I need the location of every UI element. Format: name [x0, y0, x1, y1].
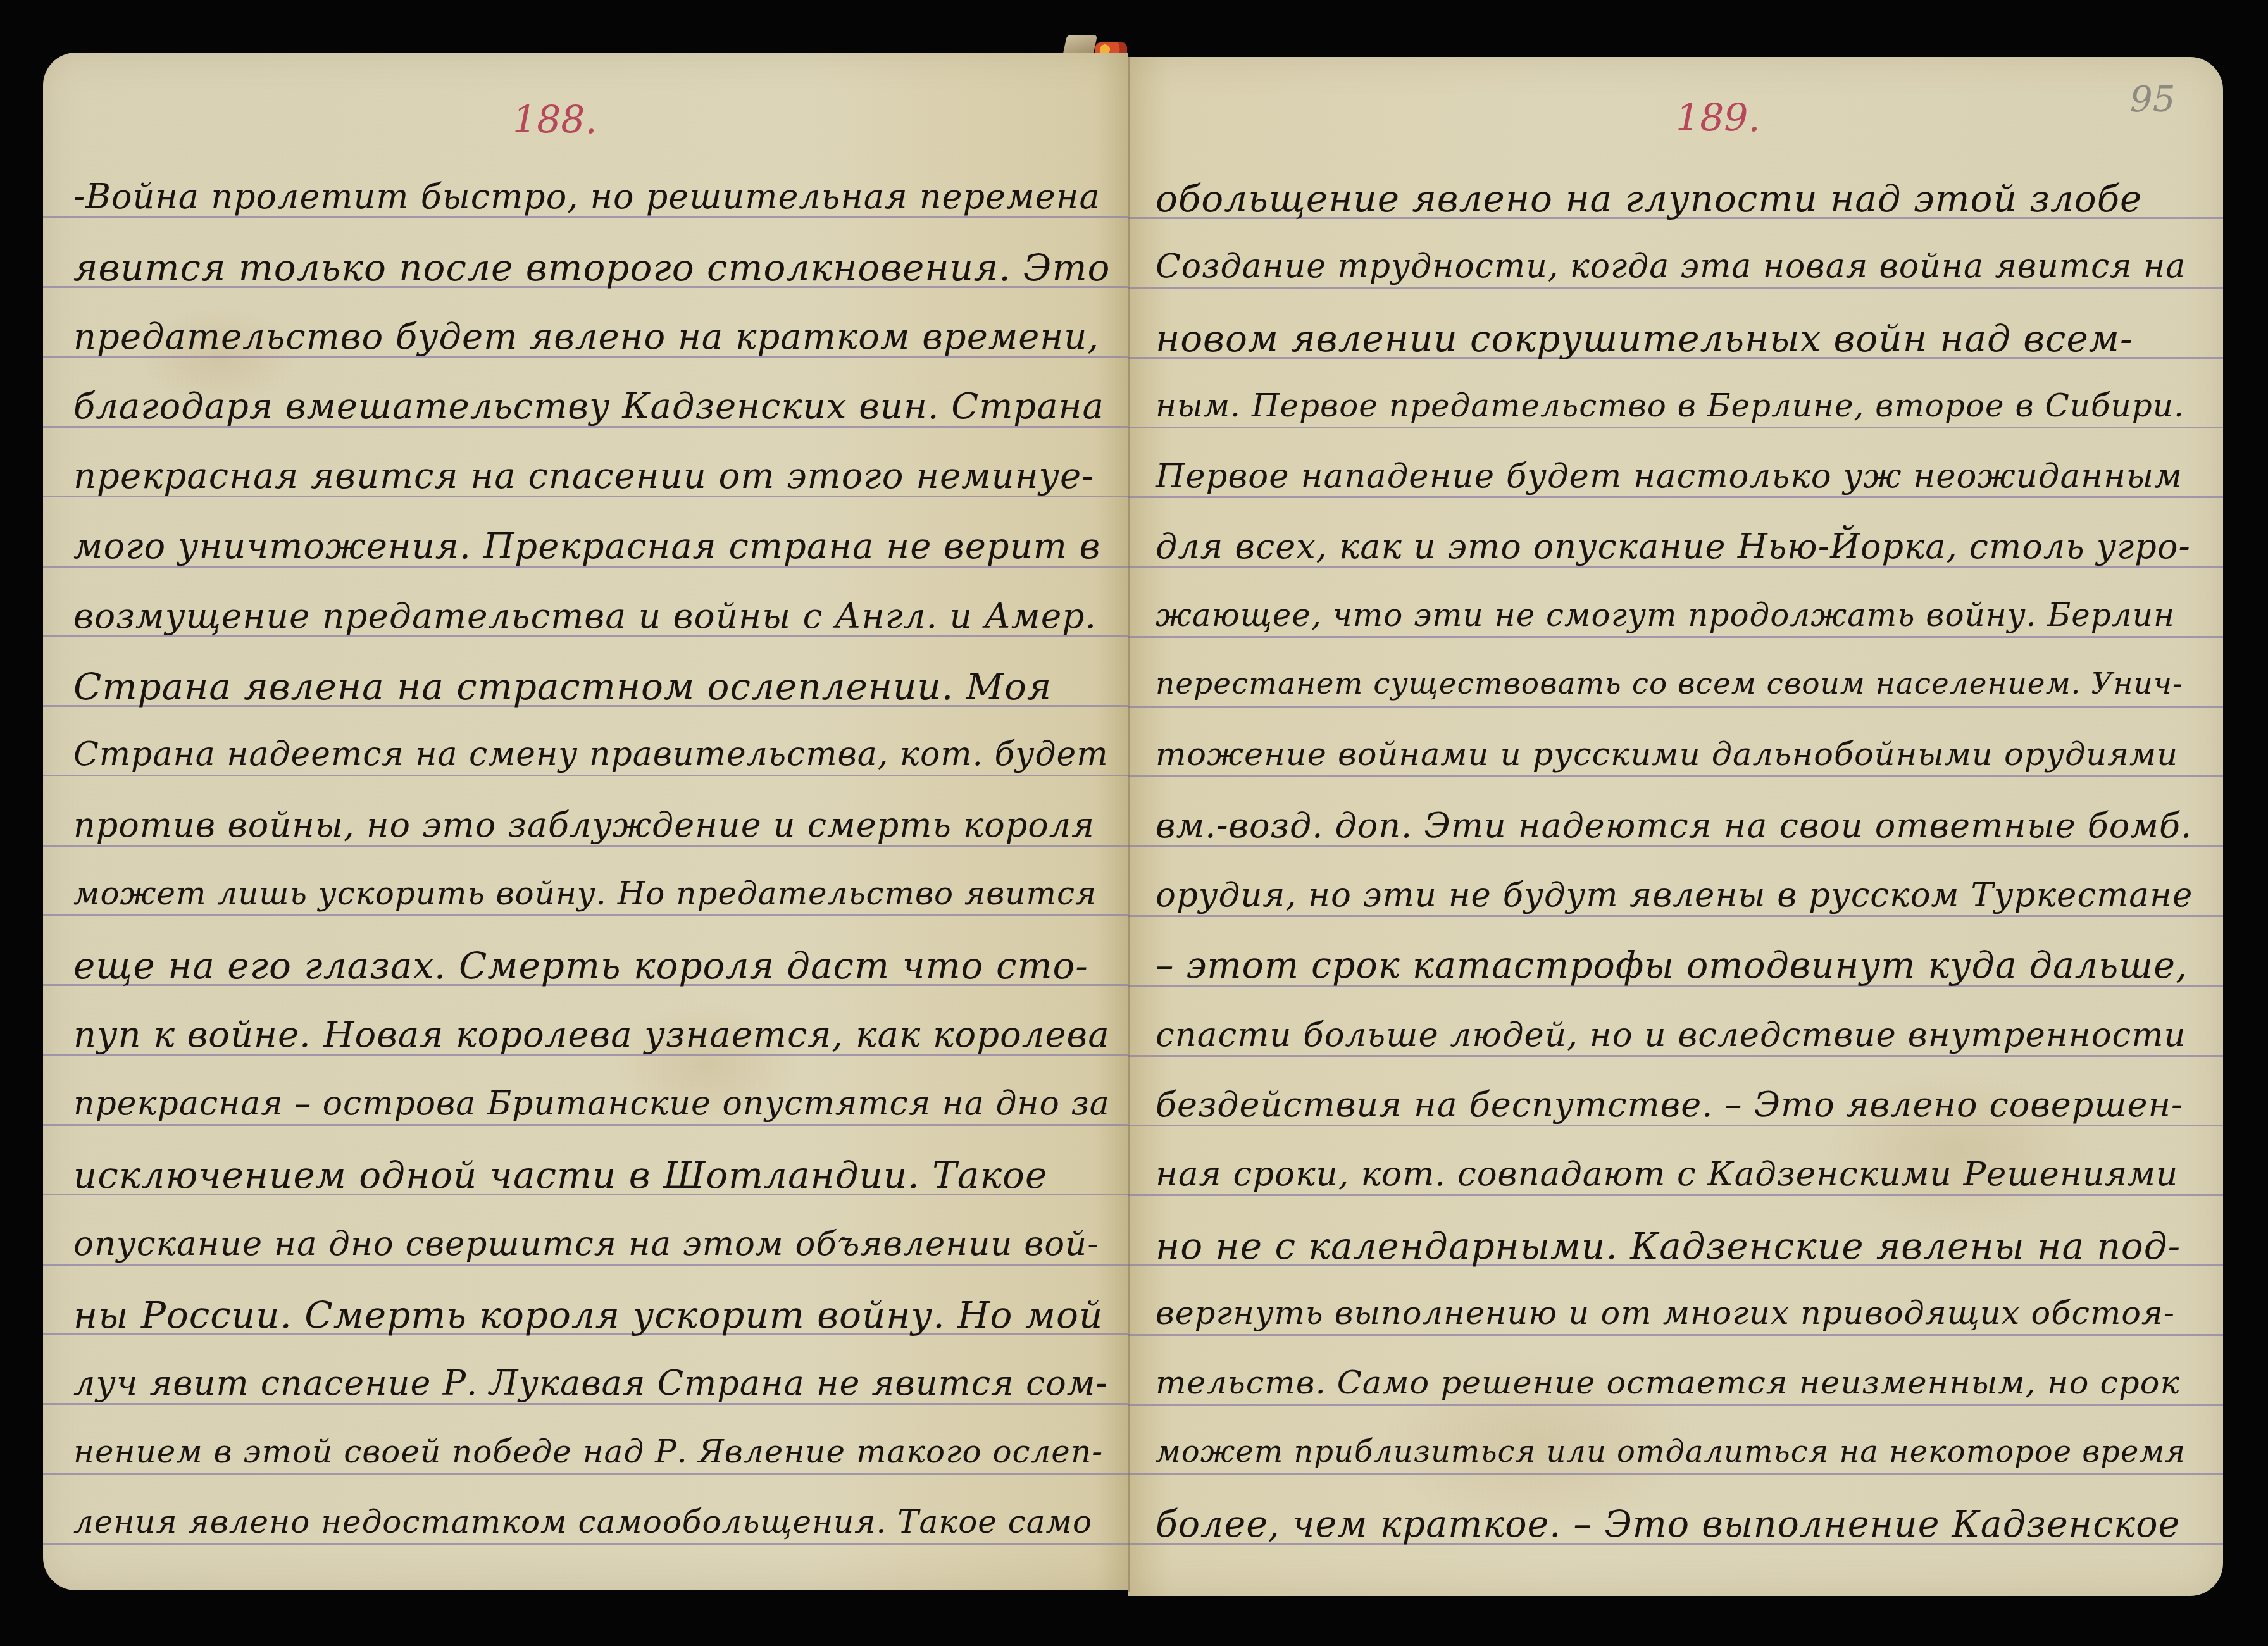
right-page: 189. 95 обольщение явлено на глупости на… — [1128, 57, 2223, 1596]
ruled-line — [43, 1264, 1128, 1266]
handwritten-line: прекрасная – острова Британские опустятс… — [73, 1087, 1110, 1120]
handwritten-line: спасти больше людей, но и вследствие вну… — [1156, 1018, 2186, 1052]
ruled-line — [1128, 706, 2223, 708]
ruled-line — [1128, 566, 2223, 568]
ruled-line — [43, 1473, 1128, 1475]
handwritten-line: ны России. Смерть короля ускорит войну. … — [73, 1297, 1103, 1333]
ruled-line — [1128, 427, 2223, 428]
ruled-line — [43, 1403, 1128, 1405]
handwritten-line: явится только после второго столкновения… — [73, 249, 1110, 286]
ruled-line — [1128, 915, 2223, 917]
ruled-line — [1128, 1334, 2223, 1336]
ruled-line — [43, 1124, 1128, 1126]
handwritten-line: может приблизиться или отдалиться на нек… — [1156, 1437, 2186, 1467]
handwritten-line: Первое нападение будет настолько уж неож… — [1156, 459, 2183, 493]
ruled-line — [43, 845, 1128, 847]
handwritten-line: новом явлении сокрушительных войн над вс… — [1156, 320, 2133, 357]
handwritten-line: прекрасная явится на спасении от этого н… — [73, 459, 1094, 494]
handwritten-line: вергнуть выполнению и от многих приводящ… — [1156, 1297, 2175, 1330]
page-number: 189. — [1676, 96, 1760, 140]
handwritten-line: но не с календарными. Кадзенские явлены … — [1156, 1228, 2181, 1264]
ruled-line — [1128, 496, 2223, 498]
ruled-line — [1128, 1404, 2223, 1406]
notebook-spread: 188. -Война пролетит быстро, но решитель… — [0, 0, 2268, 1646]
handwritten-line: ным. Первое предательство в Берлине, вто… — [1156, 390, 2184, 421]
handwritten-line: тельств. Само решение остается неизменны… — [1156, 1367, 2180, 1399]
ruled-line — [1128, 845, 2223, 847]
handwritten-line: возмущение предательства и войны с Англ.… — [73, 599, 1097, 633]
handwritten-line: луч явит спасение Р. Лукавая Страна не я… — [73, 1366, 1108, 1400]
ruled-line — [1128, 287, 2223, 289]
handwritten-line: исключением одной части в Шотландии. Так… — [73, 1157, 1047, 1194]
handwritten-line: ления явлено недостатком самообольщения.… — [73, 1506, 1092, 1538]
handwritten-line: пуп к войне. Новая королева узнается, ка… — [73, 1018, 1110, 1053]
handwritten-line: опускание на дно свершится на этом объяв… — [73, 1227, 1099, 1261]
ruled-line — [43, 1543, 1128, 1545]
handwritten-line: может лишь ускорить войну. Но предательс… — [73, 878, 1097, 909]
ruled-line — [1128, 1194, 2223, 1196]
ruled-line — [43, 914, 1128, 916]
left-page: 188. -Война пролетит быстро, но решитель… — [43, 53, 1128, 1590]
handwritten-line: еще на его глазах. Смерть короля даст чт… — [73, 947, 1088, 984]
ruled-line — [43, 775, 1128, 776]
handwritten-line: ная сроки, кот. совпадают с Кадзенскими … — [1156, 1157, 2178, 1191]
gutter — [1128, 57, 1130, 1592]
ruled-line — [1128, 1055, 2223, 1057]
ruled-line — [1128, 1125, 2223, 1126]
handwritten-line: более, чем краткое. – Это выполнение Кад… — [1156, 1507, 2180, 1543]
folio-number: 95 — [2130, 79, 2175, 120]
handwritten-line: мого уничтожения. Прекрасная страна не в… — [73, 529, 1100, 564]
handwritten-line: для всех, как и это опускание Нью-Йорка,… — [1156, 530, 2191, 564]
handwritten-line: Создание трудности, когда эта новая войн… — [1156, 250, 2186, 283]
handwritten-line: против войны, но это заблуждение и смерт… — [73, 808, 1095, 842]
handwritten-line: Страна надеется на смену правительства, … — [73, 738, 1109, 771]
handwritten-line: вм.-возд. доп. Эти надеются на свои отве… — [1156, 809, 2192, 843]
handwritten-line: -Война пролетит быстро, но решительная п… — [73, 180, 1100, 214]
ruled-line — [1128, 775, 2223, 777]
handwritten-line: – этот срок катастрофы отодвинут куда да… — [1156, 948, 2188, 984]
handwritten-line: орудия, но эти не будут явлены в русском… — [1156, 878, 2193, 912]
handwritten-line: бездействия на беспутстве. – Это явлено … — [1156, 1088, 2183, 1122]
handwritten-line: нением в этой своей победе над Р. Явлени… — [73, 1436, 1103, 1468]
page-number: 188. — [513, 98, 597, 142]
ruled-line — [1128, 636, 2223, 638]
handwritten-line: обольщение явлено на глупости над этой з… — [1156, 180, 2142, 217]
handwritten-line: Страна явлена на страстном ослеплении. М… — [73, 668, 1052, 705]
handwritten-line: перестанет существовать со всем своим на… — [1156, 669, 2183, 699]
handwritten-line: предательство будет явлено на кратком вр… — [73, 320, 1099, 355]
ruled-line — [43, 216, 1128, 218]
ruled-line — [1128, 1473, 2223, 1475]
handwritten-line: тожение войнами и русскими дальнобойными… — [1156, 739, 2178, 771]
ribbon-cream-icon — [1063, 35, 1097, 54]
handwritten-line: благодаря вмешательству Кадзенских вин. … — [73, 389, 1104, 425]
handwritten-line: жающее, что эти не смогут продолжать вой… — [1156, 599, 2175, 631]
